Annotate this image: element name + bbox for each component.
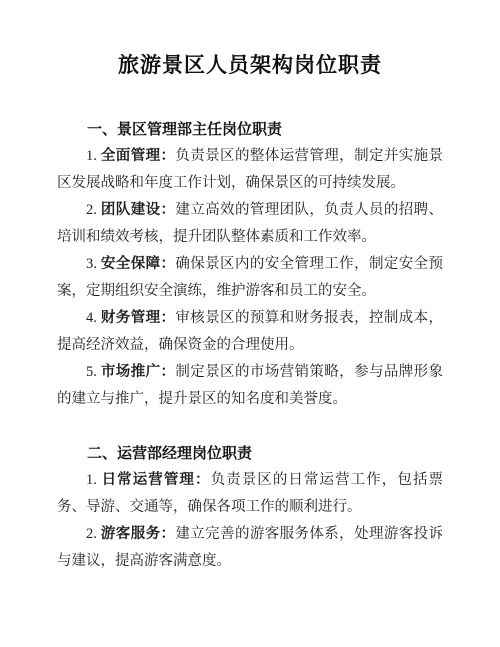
duty-number: 4. [86, 310, 101, 326]
duty-item: 4. 财务管理：审核景区的预算和财务报表，控制成本，提高经济效益，确保资金的合理… [57, 305, 443, 359]
document-body: 一、景区管理部主任岗位职责 1. 全面管理：负责景区的整体运营管理，制定并实施景… [57, 116, 443, 575]
duty-item: 1. 全面管理：负责景区的整体运营管理，制定并实施景区发展战略和年度工作计划，确… [57, 143, 443, 197]
duty-number: 2. [86, 526, 101, 542]
duty-number: 3. [86, 256, 101, 272]
section-heading-1: 一、景区管理部主任岗位职责 [57, 116, 443, 143]
section-heading-2: 二、运营部经理岗位职责 [57, 440, 443, 467]
duty-label: 游客服务： [101, 526, 175, 542]
duty-label: 安全保障： [101, 256, 175, 272]
duty-item: 5. 市场推广：制定景区的市场营销策略，参与品牌形象的建立与推广，提升景区的知名… [57, 359, 443, 413]
duty-item: 1. 日常运营管理：负责景区的日常运营工作，包括票务、导游、交通等，确保各项工作… [57, 467, 443, 521]
duty-label: 团队建设： [101, 202, 175, 218]
document-title: 旅游景区人员架构岗位职责 [50, 52, 450, 80]
duty-number: 5. [86, 364, 101, 380]
duty-item: 2. 团队建设：建立高效的管理团队，负责人员的招聘、培训和绩效考核，提升团队整体… [57, 197, 443, 251]
duty-number: 1. [86, 148, 101, 164]
duty-label: 日常运营管理： [102, 472, 211, 488]
duty-number: 2. [86, 202, 101, 218]
duty-label: 财务管理： [101, 310, 175, 326]
duty-label: 全面管理： [101, 148, 175, 164]
document-page: 旅游景区人员架构岗位职责 一、景区管理部主任岗位职责 1. 全面管理：负责景区的… [0, 0, 500, 647]
duty-item: 2. 游客服务：建立完善的游客服务体系，处理游客投诉与建议，提高游客满意度。 [57, 521, 443, 575]
duty-number: 1. [86, 472, 102, 488]
duty-label: 市场推广： [101, 364, 175, 380]
duty-item: 3. 安全保障：确保景区内的安全管理工作，制定安全预案，定期组织安全演练，维护游… [57, 251, 443, 305]
